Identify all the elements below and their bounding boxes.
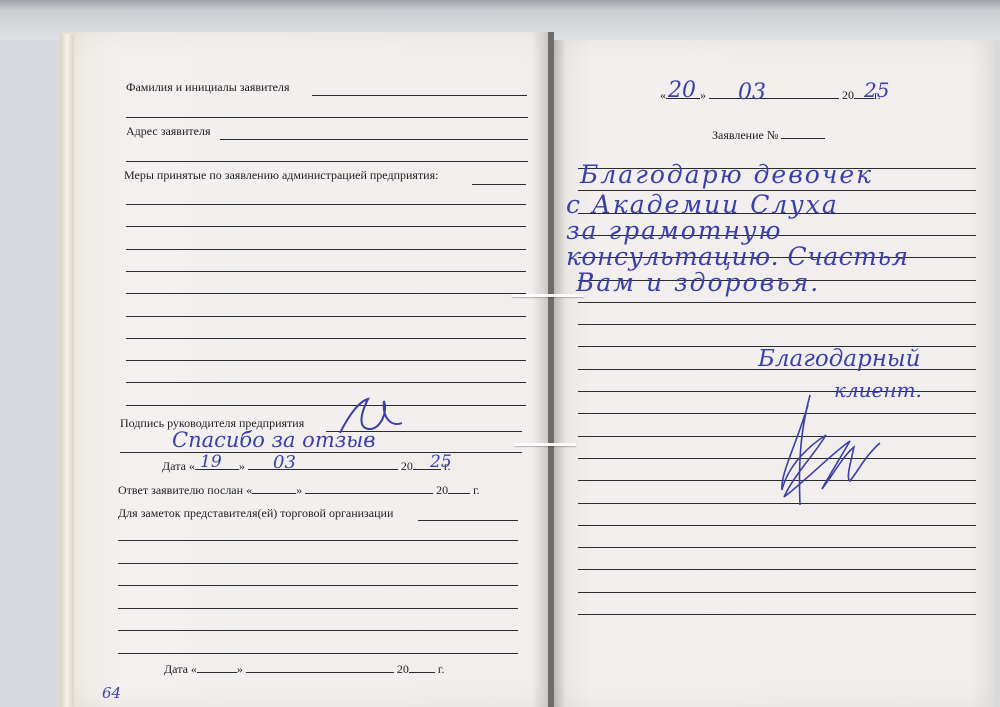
notes-line[interactable]	[118, 653, 518, 654]
measures-line[interactable]	[126, 204, 526, 205]
applicant-name-field[interactable]	[312, 95, 527, 96]
client-signature	[770, 385, 890, 515]
applicant-address-field[interactable]	[220, 139, 528, 140]
statement-line[interactable]	[578, 592, 976, 593]
measures-line[interactable]	[126, 271, 526, 272]
statement-line[interactable]	[578, 525, 976, 526]
notes-line[interactable]	[118, 608, 518, 609]
handwritten-line-3: за грамотную	[566, 216, 783, 245]
staple-bottom	[514, 443, 576, 446]
notes-line[interactable]	[118, 563, 518, 564]
applicant-address-label: Адрес заявителя	[126, 124, 210, 139]
manager-response-handwritten: Спасибо за отзыв	[172, 428, 376, 452]
measures-line[interactable]	[126, 405, 526, 406]
applicant-address-field-line2[interactable]	[126, 161, 528, 162]
statement-line[interactable]	[578, 569, 976, 570]
measures-line[interactable]	[126, 226, 526, 227]
measures-line[interactable]	[126, 338, 526, 339]
notes-line[interactable]	[118, 540, 518, 541]
corner-page-mark: 64	[102, 684, 121, 702]
date-year-handwritten: 25	[430, 452, 452, 472]
notes-line[interactable]	[118, 585, 518, 586]
date-month-handwritten: 03	[273, 452, 296, 473]
statement-line[interactable]	[578, 547, 976, 548]
notes-line[interactable]	[118, 630, 518, 631]
measures-line[interactable]	[126, 382, 526, 383]
notes-label: Для заметок представителя(ей) торговой о…	[118, 506, 393, 521]
right-date-day-handwritten: 20	[668, 78, 696, 103]
handwritten-line-4: консультацию. Счастья	[566, 242, 909, 271]
closing-line-1: Благодарный	[758, 346, 920, 372]
reply-sent-label: Ответ заявителю послан	[118, 483, 243, 497]
bottom-date-label: Дата	[164, 662, 188, 676]
statement-line[interactable]	[578, 302, 976, 303]
right-date-month-handwritten: 03	[738, 80, 766, 105]
response-line	[120, 452, 522, 453]
statement-line[interactable]	[578, 614, 976, 615]
measures-line[interactable]	[126, 360, 526, 361]
measures-line[interactable]	[126, 249, 526, 250]
staple-top	[512, 294, 584, 297]
statement-number-row: Заявление №	[712, 128, 825, 143]
applicant-name-label: Фамилия и инициалы заявителя	[126, 80, 290, 95]
statement-line[interactable]	[578, 324, 976, 325]
handwritten-line-2: с Академии Слуха	[566, 190, 839, 219]
measures-field[interactable]	[472, 184, 526, 185]
date-day-handwritten: 19	[200, 452, 222, 472]
applicant-name-field-line2[interactable]	[126, 117, 528, 118]
measures-label: Меры принятые по заявлению администрацие…	[124, 168, 438, 183]
reply-sent-row: Ответ заявителю послан «» 20 г.	[118, 483, 480, 498]
measures-line[interactable]	[126, 316, 526, 317]
right-date-year-handwritten: 25	[864, 78, 889, 102]
statement-label: Заявление №	[712, 128, 778, 142]
handwritten-line-5: Вам и здоровья.	[576, 268, 820, 297]
date-label: Дата	[162, 459, 186, 473]
notes-field[interactable]	[418, 520, 518, 521]
bottom-date-row: Дата «» 20 г.	[164, 662, 445, 677]
page-stack-edge	[60, 34, 74, 707]
measures-line[interactable]	[126, 293, 526, 294]
handwritten-line-1: Благодарю девочек	[580, 160, 873, 189]
book-spine	[548, 32, 554, 707]
